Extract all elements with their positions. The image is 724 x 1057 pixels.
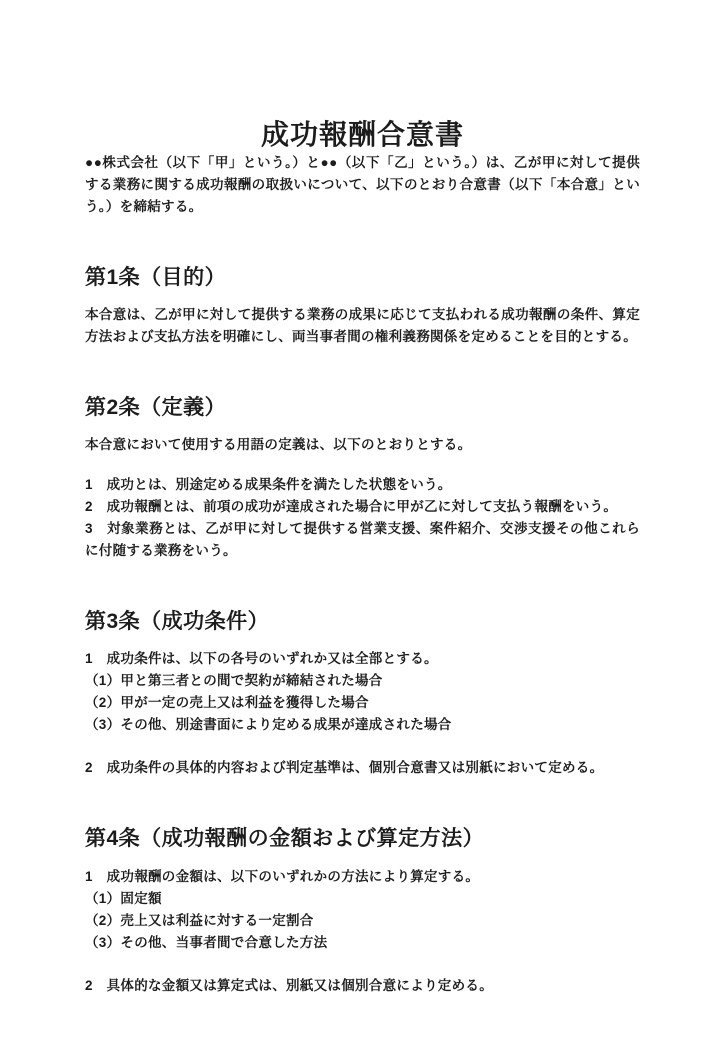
article-3-clause-2: 2 成功条件の具体的内容および判定基準は、個別合意書又は別紙において定める。 [85,757,640,779]
article-1-heading: 第1条（目的） [85,265,640,291]
document-page: 成功報酬合意書 ●●株式会社（以下「甲」という。）と●●（以下「乙」という。）は… [0,0,724,1057]
article-3-heading: 第3条（成功条件） [85,609,640,635]
article-1-body: 本合意は、乙が甲に対して提供する業務の成果に応じて支払われる成功報酬の条件、算定… [85,304,640,348]
method-item-2: （2）売上又は利益に対する一定割合 [85,910,640,932]
method-item-3: （3）その他、当事者間で合意した方法 [85,932,640,954]
document-title: 成功報酬合意書 [85,118,640,152]
condition-item-1: （1）甲と第三者との間で契約が締結された場合 [85,670,640,692]
article-2-heading: 第2条（定義） [85,395,640,421]
article-4-methods: 1 成功報酬の金額は、以下のいずれかの方法により算定する。 （1）固定額 （2）… [85,866,640,954]
condition-item-2: （2）甲が一定の売上又は利益を獲得した場合 [85,692,640,714]
method-item-1: （1）固定額 [85,888,640,910]
method-lead: 1 成功報酬の金額は、以下のいずれかの方法により算定する。 [85,866,640,888]
condition-lead: 1 成功条件は、以下の各号のいずれか又は全部とする。 [85,648,640,670]
definition-item-1: 1 成功とは、別途定める成果条件を満たした状態をいう。 [85,474,640,496]
article-2-definitions: 1 成功とは、別途定める成果条件を満たした状態をいう。 2 成功報酬とは、前項の… [85,474,640,562]
article-4-clause-2: 2 具体的な金額又は算定式は、別紙又は個別合意により定める。 [85,975,640,997]
intro-paragraph: ●●株式会社（以下「甲」という。）と●●（以下「乙」という。）は、乙が甲に対して… [85,152,640,218]
section-article-1: 第1条（目的） 本合意は、乙が甲に対して提供する業務の成果に応じて支払われる成功… [85,265,640,348]
article-4-heading: 第4条（成功報酬の金額および算定方法） [85,826,640,852]
section-article-3: 第3条（成功条件） 1 成功条件は、以下の各号のいずれか又は全部とする。 （1）… [85,609,640,779]
section-article-2: 第2条（定義） 本合意において使用する用語の定義は、以下のとおりとする。 1 成… [85,395,640,562]
section-article-4: 第4条（成功報酬の金額および算定方法） 1 成功報酬の金額は、以下のいずれかの方… [85,826,640,996]
definition-item-3: 3 対象業務とは、乙が甲に対して提供する営業支援、案件紹介、交渉支援その他これら… [85,518,640,562]
definition-item-2: 2 成功報酬とは、前項の成功が達成された場合に甲が乙に対して支払う報酬をいう。 [85,496,640,518]
condition-item-3: （3）その他、別途書面により定める成果が達成された場合 [85,714,640,736]
article-3-conditions: 1 成功条件は、以下の各号のいずれか又は全部とする。 （1）甲と第三者との間で契… [85,648,640,736]
article-2-lead: 本合意において使用する用語の定義は、以下のとおりとする。 [85,434,640,456]
